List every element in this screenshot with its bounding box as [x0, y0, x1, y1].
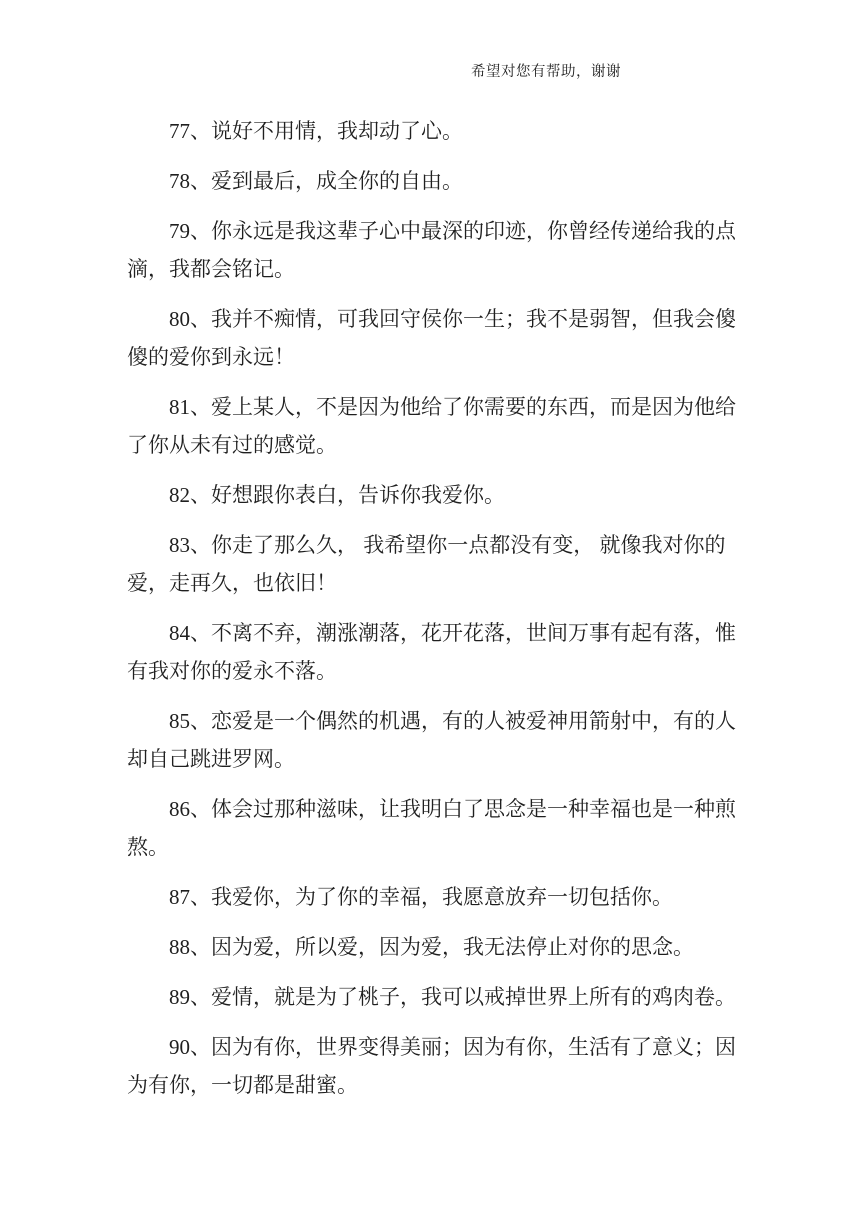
page-header-note: 希望对您有帮助，谢谢 — [471, 62, 621, 82]
quote-paragraph: 85、恋爱是一个偶然的机遇，有的人被爱神用箭射中，有的人却自己跳进罗网。 — [127, 702, 741, 778]
quote-paragraph: 88、因为爱，所以爱，因为爱，我无法停止对你的思念。 — [127, 928, 741, 966]
quote-list: 77、说好不用情，我却动了心。 78、爱到最后，成全你的自由。79、你永远是我这… — [127, 112, 741, 1116]
quote-paragraph: 87、我爱你，为了你的幸福，我愿意放弃一切包括你。 — [127, 878, 741, 916]
quote-paragraph: 81、爱上某人，不是因为他给了你需要的东西，而是因为他给了你从未有过的感觉。 — [127, 388, 741, 464]
document-page: 希望对您有帮助，谢谢 77、说好不用情，我却动了心。 78、爱到最后，成全你的自… — [0, 0, 860, 1218]
quote-paragraph: 77、说好不用情，我却动了心。 — [127, 112, 741, 150]
quote-paragraph: 90、因为有你，世界变得美丽；因为有你，生活有了意义；因为有你，一切都是甜蜜。 — [127, 1028, 741, 1104]
quote-paragraph: 79、你永远是我这辈子心中最深的印迹，你曾经传递给我的点滴，我都会铭记。 — [127, 212, 741, 288]
quote-paragraph: 83、你走了那么久， 我希望你一点都没有变， 就像我对你的爱，走再久，也依旧！ — [127, 526, 741, 602]
quote-paragraph: 89、爱情，就是为了桃子，我可以戒掉世界上所有的鸡肉卷。 — [127, 978, 741, 1016]
quote-paragraph: 80、我并不痴情，可我回守侯你一生；我不是弱智，但我会傻傻的爱你到永远！ — [127, 300, 741, 376]
quote-paragraph: 86、体会过那种滋味，让我明白了思念是一种幸福也是一种煎熬。 — [127, 790, 741, 866]
quote-paragraph: 78、爱到最后，成全你的自由。 — [127, 162, 741, 200]
quote-paragraph: 82、好想跟你表白，告诉你我爱你。 — [127, 476, 741, 514]
quote-paragraph: 84、不离不弃，潮涨潮落，花开花落，世间万事有起有落，惟有我对你的爱永不落。 — [127, 614, 741, 690]
